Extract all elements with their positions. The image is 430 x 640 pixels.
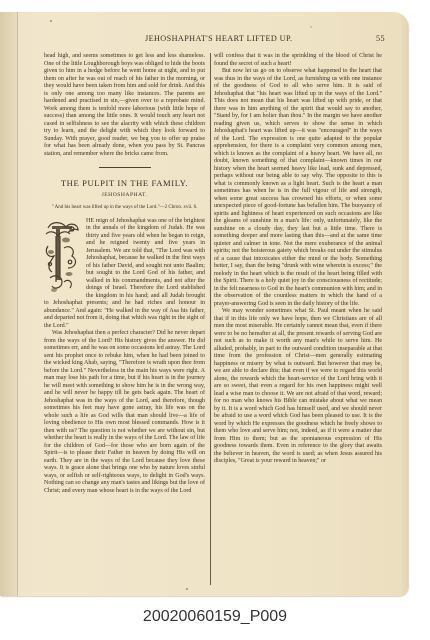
running-head: JEHOSHAPHAT'S HEART LIFTED UP. 55 xyxy=(45,34,385,46)
section-title: THE PULPIT IN THE FAMILY. xyxy=(44,180,205,188)
section-subtitle: JEHOSHAPHAT. xyxy=(44,192,205,200)
running-head-title: JEHOSHAPHAT'S HEART LIFTED UP. xyxy=(145,34,292,43)
ornamental-dropcap-icon xyxy=(42,218,82,298)
paper-speck xyxy=(186,588,188,590)
section-divider xyxy=(99,167,151,168)
sermon-paragraph: We may wonder sometimes what St. Paul me… xyxy=(214,308,382,466)
sermon-body: HE reign of Jehoshaphat was one of the b… xyxy=(44,218,205,496)
page-number: 55 xyxy=(376,34,385,43)
paper-speck xyxy=(310,26,312,28)
opening-paragraph: head high, and seems sometimes to get le… xyxy=(44,53,205,158)
column-rule xyxy=(210,53,211,585)
left-column: head high, and seems sometimes to get le… xyxy=(44,53,205,495)
epigraph: " And his heart was lifted up in the way… xyxy=(44,204,205,212)
sermon-paragraph: Was Jehoshaphat then a perfect character… xyxy=(44,330,205,495)
page-gutter xyxy=(0,12,18,596)
paper-speck xyxy=(50,20,52,22)
scan-identifier-label: 20020060159_P009 xyxy=(0,608,430,626)
gutter-crease xyxy=(17,12,18,596)
sermon-paragraph: But now let us go on to observe what hap… xyxy=(214,68,382,308)
right-column: will confess that it was in the sprinkli… xyxy=(214,53,382,466)
sermon-paragraph: will confess that it was in the sprinkli… xyxy=(214,53,382,68)
book-page: JEHOSHAPHAT'S HEART LIFTED UP. 55 head h… xyxy=(0,12,408,596)
